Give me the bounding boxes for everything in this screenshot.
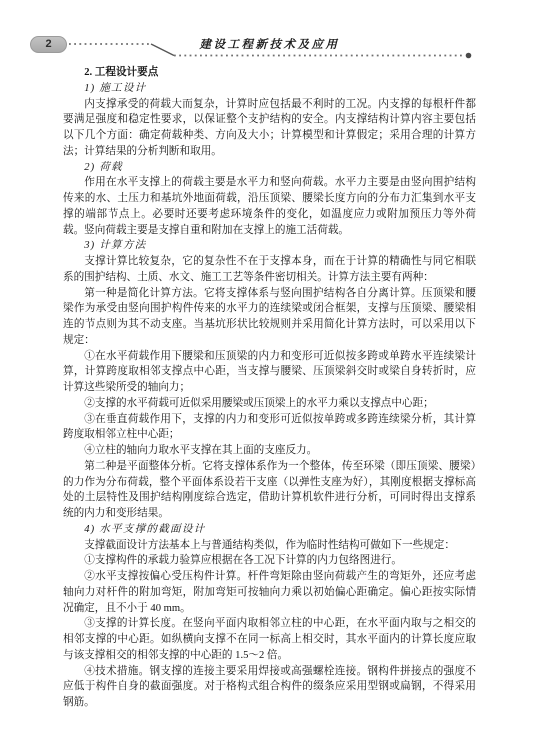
paragraph: 支撑截面设计方法基本上与普通结构类似，作为临时性结构可做如下一些规定： (63, 538, 476, 554)
list-item-3: ③支撑的计算长度。在竖向平面内取相邻立柱的中心距，在水平面内取与之相交的相邻支撑… (63, 616, 476, 663)
subsection-heading-1: 1) 施工设计 (63, 81, 476, 97)
list-item-3: ③在垂直荷载作用下，支撑的内力和变形可近似按单跨或多跨连续梁分析，其计算跨度取相… (63, 412, 476, 444)
section-heading: 2. 工程设计要点 (63, 65, 476, 81)
paragraph: 内支撑承受的荷载大而复杂，计算时应包括最不利时的工况。内支撑的每根杆件都要满足强… (63, 97, 476, 160)
paragraph: 第一种是简化计算方法。它将支撑体系与竖向围护结构各自分离计算。压顶梁和腰梁作为承… (63, 286, 476, 349)
list-item-2: ②水平支撑按偏心受压构件计算。杆件弯矩除由竖向荷载产生的弯矩外，还应考虑轴向力对… (63, 569, 476, 616)
list-item-4: ④立柱的轴向力取水平支撑在其上面的支座反力。 (63, 443, 476, 459)
book-page: 2 建设工程新技术及应用 2. 工程设计要点 1) 施工设计 内支撑承受的荷载大… (0, 0, 539, 750)
paragraph: 作用在水平支撑上的荷载主要是水平力和竖向荷载。水平力主要是由竖向围护结构传来的水… (63, 175, 476, 238)
list-item-1: ①支撑构件的承载力验算应根据在各工况下计算的内力包络图进行。 (63, 553, 476, 569)
paragraph: 支撑计算比较复杂，它的复杂性不在于支撑本身，而在于计算的精确性与同它相联系的围护… (63, 254, 476, 286)
list-item-2: ②支撑的水平荷载可近似采用腰梁或压顶梁上的水平力乘以支撑点中心距； (63, 396, 476, 412)
page-body-text: 2. 工程设计要点 1) 施工设计 内支撑承受的荷载大而复杂，计算时应包括最不利… (63, 65, 476, 711)
subsection-heading-4: 4) 水平支撑的截面设计 (63, 522, 476, 538)
list-item-1: ①在水平荷载作用下腰梁和压顶梁的内力和变形可近似按多跨或单跨水平连续梁计算，计算… (63, 349, 476, 396)
header-dotted-rule (0, 0, 539, 70)
list-item-4: ④技术措施。钢支撑的连接主要采用焊接或高强螺栓连接。钢构件拼接点的强度不应低于构… (63, 664, 476, 711)
subsection-heading-3: 3) 计算方法 (63, 238, 476, 254)
subsection-heading-2: 2) 荷载 (63, 160, 476, 176)
paragraph: 第二种是平面整体分析。它将支撑体系作为一个整体，传至环梁（即压顶梁、腰梁）的力作… (63, 459, 476, 522)
rule-end-dot (466, 53, 472, 59)
book-title: 建设工程新技术及应用 (0, 36, 539, 52)
